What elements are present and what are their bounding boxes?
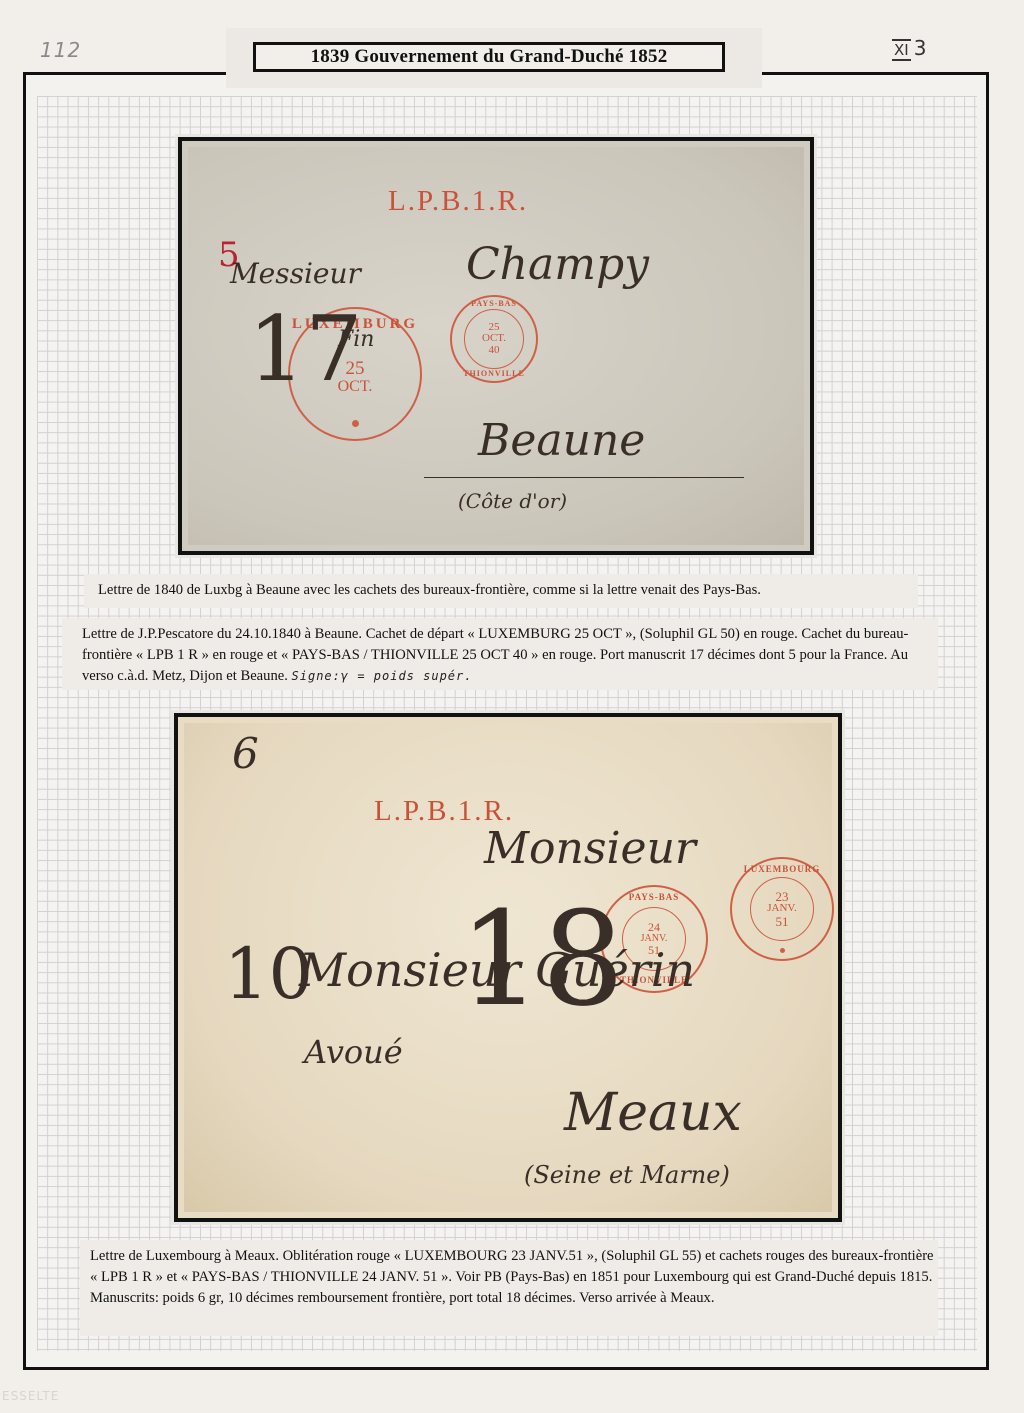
- reference-digit: 3: [914, 36, 927, 60]
- pays-bas-thionville-cds: PAYS-BAS 25 OCT. 40 THIONVILLE: [450, 295, 538, 383]
- cds-dot: [780, 948, 785, 953]
- cds-ring-top: PAYS-BAS: [629, 893, 680, 902]
- page-title: 1839 Gouvernement du Grand-Duché 1852: [253, 42, 725, 72]
- cds-ring-top: PAYS-BAS: [471, 300, 517, 308]
- postage-manuscript: 17: [248, 297, 363, 402]
- region: (Côte d'or): [458, 489, 567, 513]
- city: Beaune: [478, 415, 645, 466]
- cover-1840: L.P.B.1.R. LUXEMBURG 25 OCT. PAYS-BAS 25…: [178, 137, 814, 555]
- salutation: Monsieur: [484, 823, 696, 874]
- luxembourg-cds: LUXEMBOURG 23 JANV. 51: [730, 857, 834, 961]
- cds-ring-bottom: THIONVILLE: [463, 370, 525, 378]
- cds-dot: [352, 420, 359, 427]
- lpb1r-handstamp: L.P.B.1.R.: [388, 185, 528, 218]
- addressee: Monsieur Guérin: [299, 943, 695, 997]
- region: (Seine et Marne): [524, 1161, 730, 1189]
- cover-paper: L.P.B.1.R. PAYS-BAS 24 JANV. 51 THIONVIL…: [184, 723, 832, 1212]
- addressee-name: Champy: [466, 239, 649, 290]
- cover-1851: L.P.B.1.R. PAYS-BAS 24 JANV. 51 THIONVIL…: [174, 713, 842, 1222]
- cover-1-detail-text: Lettre de J.P.Pescatore du 24.10.1840 à …: [82, 626, 908, 684]
- reference-number: XI3: [892, 36, 926, 60]
- reference-prefix: XI: [892, 39, 911, 61]
- cover-2-detail-caption: Lettre de Luxembourg à Meaux. Oblitérati…: [80, 1240, 938, 1336]
- addressee-title: Messieur: [230, 257, 361, 290]
- cover-paper: L.P.B.1.R. LUXEMBURG 25 OCT. PAYS-BAS 25…: [188, 147, 804, 545]
- cover-1-detail-caption: Lettre de J.P.Pescatore du 24.10.1840 à …: [62, 618, 938, 690]
- cds-ring-text: LUXEMBOURG: [744, 865, 821, 874]
- underline: [424, 477, 744, 478]
- cover-1-summary-caption: Lettre de 1840 de Luxbg à Beaune avec le…: [84, 574, 918, 608]
- page-number: 112: [40, 38, 81, 62]
- album-brand-watermark: ESSELTE: [2, 1389, 59, 1403]
- weight-manuscript: 6: [232, 729, 259, 778]
- profession: Avoué: [304, 1033, 403, 1071]
- city: Meaux: [564, 1083, 742, 1143]
- handwritten-note: Signe:γ = poids supér.: [292, 669, 473, 683]
